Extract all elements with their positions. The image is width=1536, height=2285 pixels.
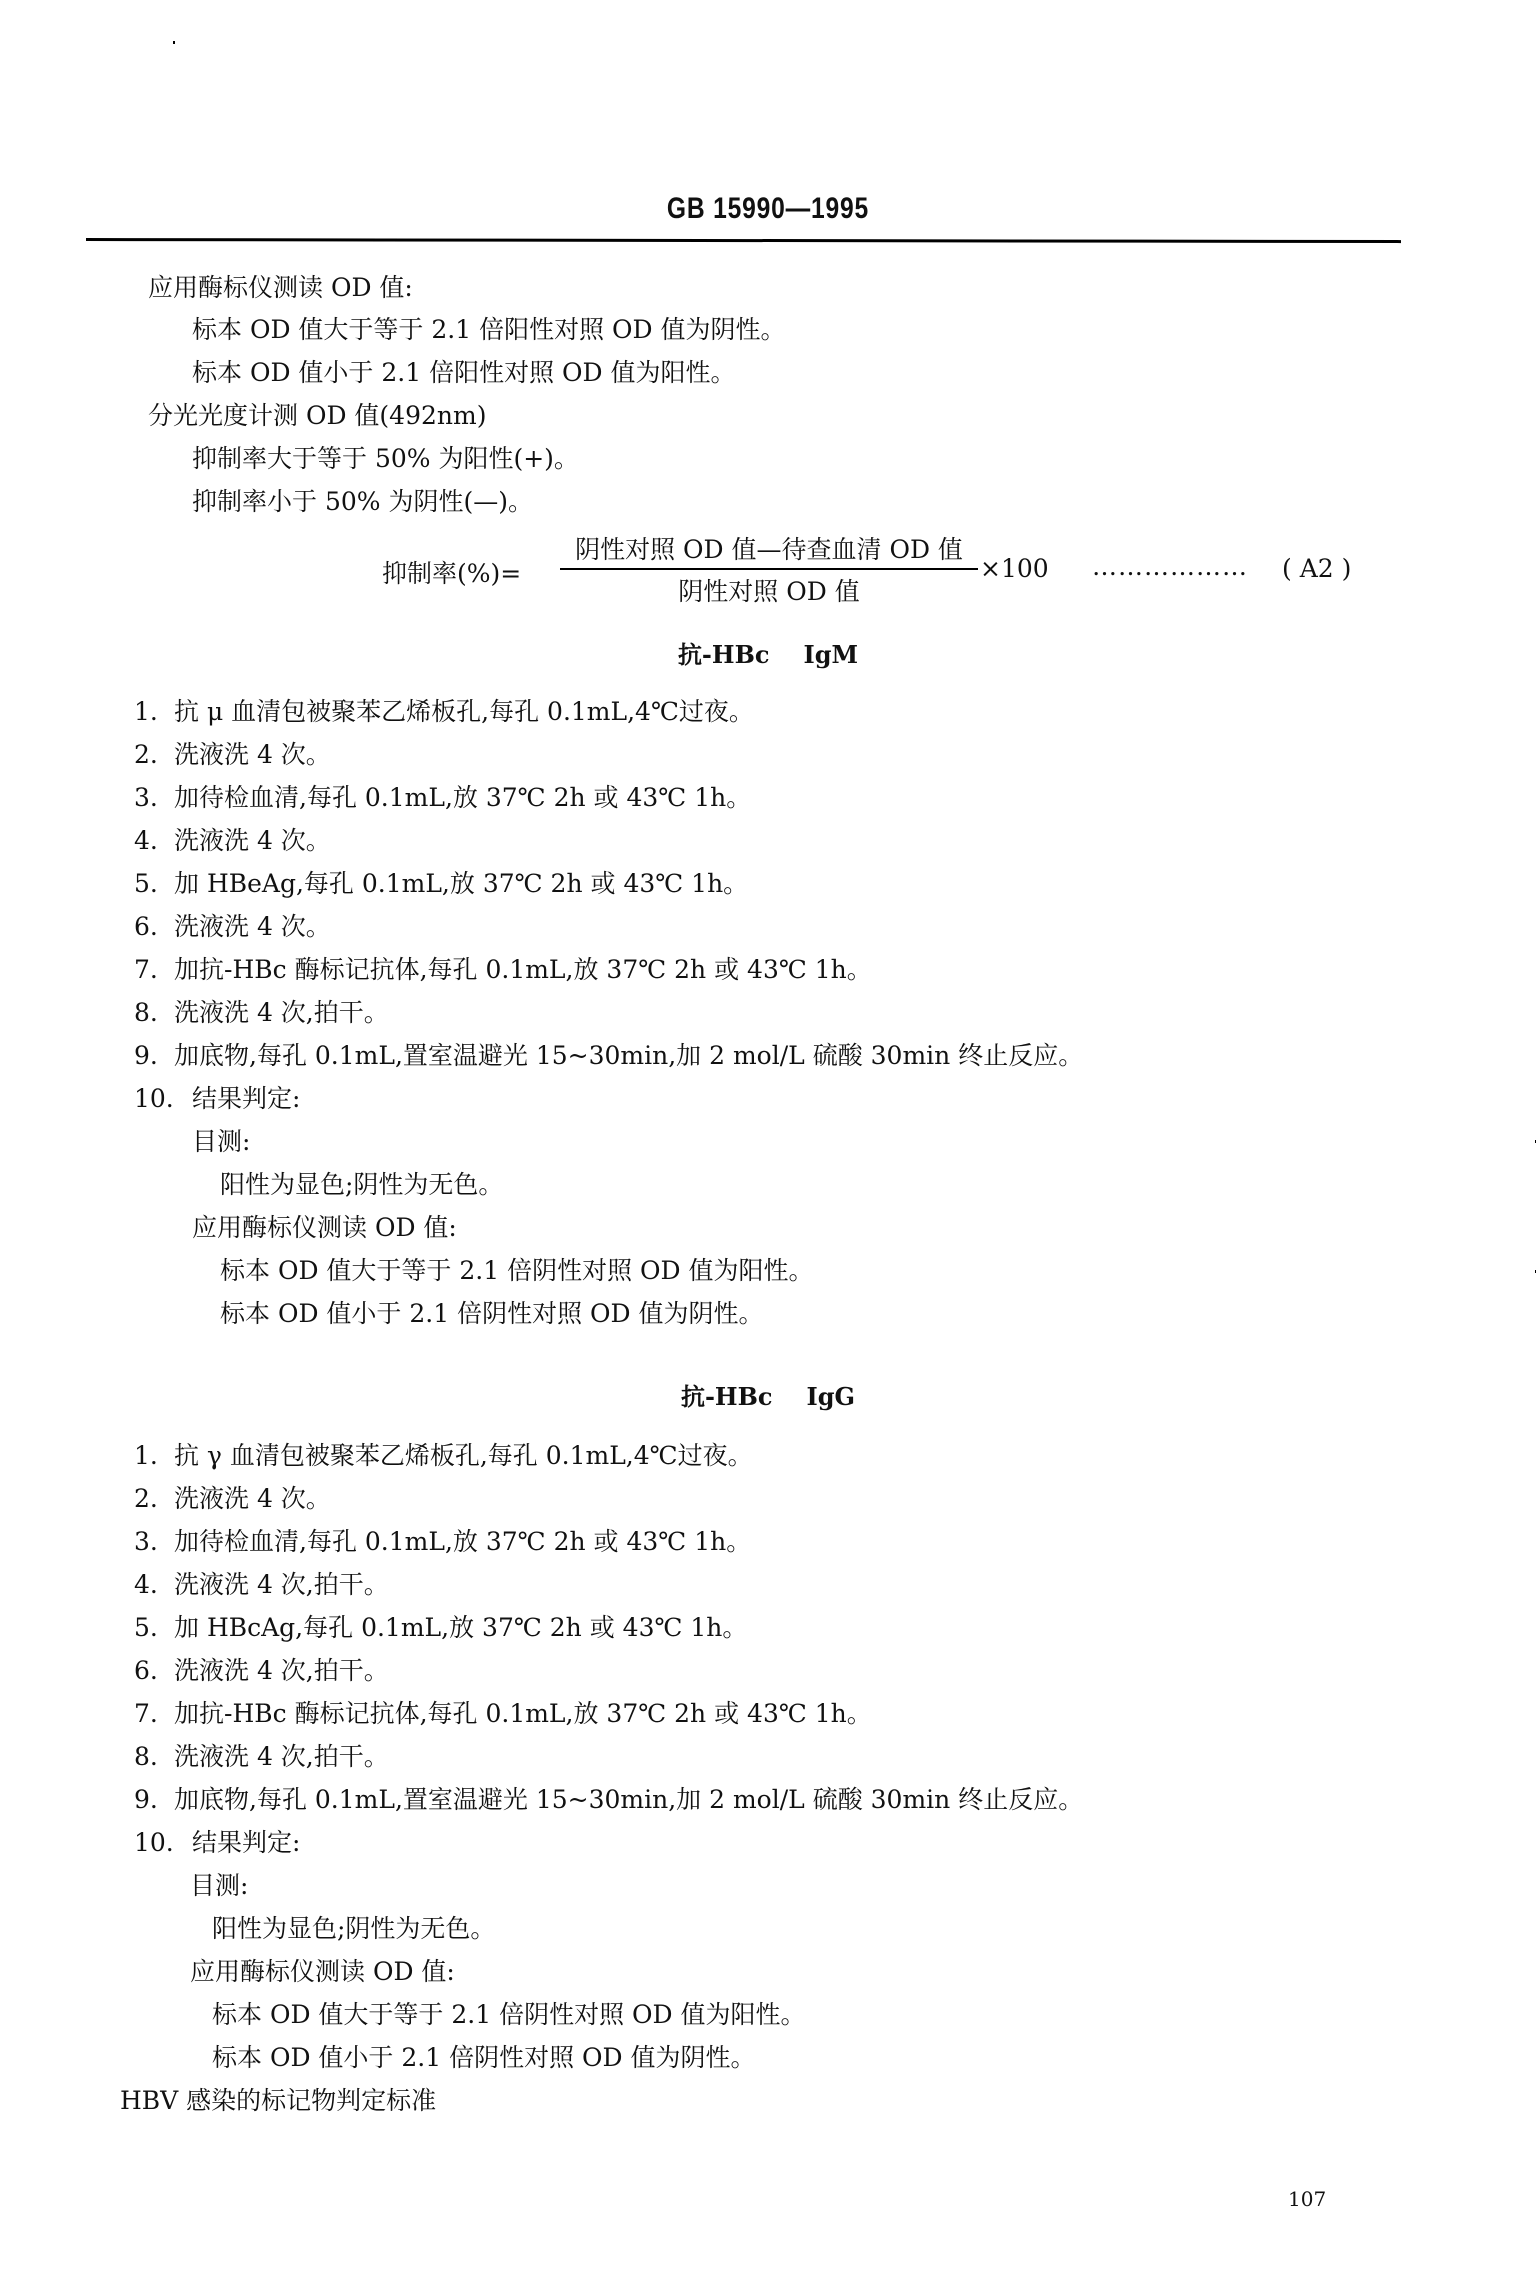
section-title-prefix: 抗-HBc: [678, 640, 770, 669]
igg-step: 8.洗液洗 4 次,拍干。: [134, 1741, 389, 1773]
igm-step: 3.加待检血清,每孔 0.1mL,放 37℃ 2h 或 43℃ 1h。: [134, 782, 751, 814]
igg-reader-label: 应用酶标仪测读 OD 值:: [190, 1956, 455, 1988]
intro-line: 分光光度计测 OD 值(492nm): [148, 400, 486, 432]
igg-step: 9.加底物,每孔 0.1mL,置室温避光 15~30min,加 2 mol/L …: [134, 1784, 1083, 1816]
igg-step: 10.结果判定:: [134, 1827, 300, 1859]
header-rule: [86, 238, 1401, 243]
formula-lhs: 抑制率(%)=: [382, 554, 521, 590]
igm-step: 7.加抗-HBc 酶标记抗体,每孔 0.1mL,放 37℃ 2h 或 43℃ 1…: [134, 954, 872, 986]
igm-visual-rule: 阳性为显色;阴性为无色。: [220, 1169, 503, 1201]
igg-visual-rule: 阳性为显色;阴性为无色。: [212, 1913, 495, 1945]
igm-step: 5.加 HBeAg,每孔 0.1mL,放 37℃ 2h 或 43℃ 1h。: [134, 868, 748, 900]
igg-step: 7.加抗-HBc 酶标记抗体,每孔 0.1mL,放 37℃ 2h 或 43℃ 1…: [134, 1698, 872, 1730]
igm-reader-rule-1: 标本 OD 值大于等于 2.1 倍阴性对照 OD 值为阳性。: [220, 1255, 814, 1287]
formula-leader-dots: ………………: [1092, 552, 1248, 581]
igm-step: 8.洗液洗 4 次,拍干。: [134, 997, 389, 1029]
intro-line: 抑制率小于 50% 为阴性(—)。: [192, 486, 533, 518]
igm-reader-rule-2: 标本 OD 值小于 2.1 倍阴性对照 OD 值为阴性。: [220, 1298, 764, 1330]
closing-heading: HBV 感染的标记物判定标准: [120, 2085, 436, 2117]
section-title-suffix: IgM: [803, 640, 858, 669]
igm-step: 2.洗液洗 4 次。: [134, 739, 331, 771]
igm-step: 4.洗液洗 4 次。: [134, 825, 331, 857]
intro-line: 抑制率大于等于 50% 为阳性(+)。: [192, 443, 579, 475]
igg-visual-label: 目测:: [190, 1870, 248, 1902]
intro-line: 应用酶标仪测读 OD 值:: [148, 272, 413, 304]
document-page: GB 15990—1995 应用酶标仪测读 OD 值: 标本 OD 值大于等于 …: [0, 0, 1536, 2285]
intro-line: 标本 OD 值小于 2.1 倍阳性对照 OD 值为阳性。: [192, 357, 736, 389]
equation-number: ( A2 ): [1282, 554, 1351, 583]
igg-step: 6.洗液洗 4 次,拍干。: [134, 1655, 389, 1687]
section-title-prefix: 抗-HBc: [681, 1382, 773, 1411]
formula-denominator: 阴性对照 OD 值: [560, 570, 978, 608]
section-heading-igg: 抗-HBcIgG: [0, 1377, 1536, 1412]
formula-numerator: 阴性对照 OD 值—待查血清 OD 值: [560, 530, 978, 570]
igm-reader-label: 应用酶标仪测读 OD 值:: [192, 1212, 457, 1244]
igg-reader-rule-2: 标本 OD 值小于 2.1 倍阴性对照 OD 值为阴性。: [212, 2042, 756, 2074]
igm-step: 1.抗 μ 血清包被聚苯乙烯板孔,每孔 0.1mL,4℃过夜。: [134, 696, 754, 728]
igg-step: 2.洗液洗 4 次。: [134, 1483, 331, 1515]
igg-step: 3.加待检血清,每孔 0.1mL,放 37℃ 2h 或 43℃ 1h。: [134, 1526, 751, 1558]
igm-step: 9.加底物,每孔 0.1mL,置室温避光 15~30min,加 2 mol/L …: [134, 1040, 1083, 1072]
section-heading-igm: 抗-HBcIgM: [0, 635, 1536, 670]
igm-step: 10.结果判定:: [134, 1083, 300, 1115]
igg-step: 1.抗 γ 血清包被聚苯乙烯板孔,每孔 0.1mL,4℃过夜。: [134, 1440, 753, 1472]
section-title-suffix: IgG: [807, 1382, 856, 1411]
standard-code-header: GB 15990—1995: [138, 192, 1398, 226]
intro-line: 标本 OD 值大于等于 2.1 倍阳性对照 OD 值为阴性。: [192, 314, 786, 346]
igm-step: 6.洗液洗 4 次。: [134, 911, 331, 943]
igg-step: 4.洗液洗 4 次,拍干。: [134, 1569, 389, 1601]
page-number: 107: [1288, 2187, 1326, 2211]
igm-visual-label: 目测:: [192, 1126, 250, 1158]
formula-fraction: 阴性对照 OD 值—待查血清 OD 值 阴性对照 OD 值: [560, 530, 978, 608]
formula-multiplier: ×100: [980, 554, 1049, 583]
igg-reader-rule-1: 标本 OD 值大于等于 2.1 倍阴性对照 OD 值为阳性。: [212, 1999, 806, 2031]
igg-step: 5.加 HBcAg,每孔 0.1mL,放 37℃ 2h 或 43℃ 1h。: [134, 1612, 747, 1644]
scan-speck: [173, 41, 175, 44]
